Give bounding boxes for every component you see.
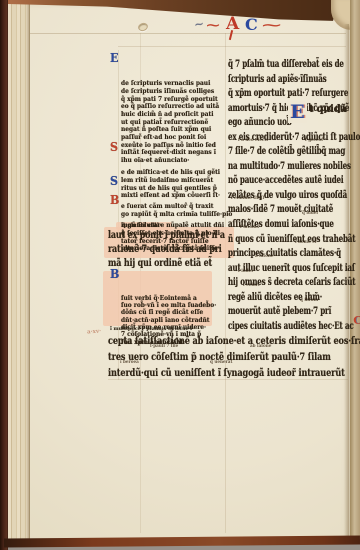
text-line: tres uero cõſeſtim p̃ noctẽ dimiſerũt pa… xyxy=(108,350,348,366)
text-line: 7 ſile·7 de colẽtib̃ gẽtilib̃q̃ mag xyxy=(228,144,349,159)
bottom-text-block: cepta ſatiſſactionẽ ab iaſone·et a ceter… xyxy=(108,334,348,381)
header-flourish-icon: ~ xyxy=(193,16,205,32)
text-after-initial: t quidã xyxy=(309,103,347,115)
text-line: q̃ xp̃m oportuit pati·7 reſurgere xyxy=(228,86,349,101)
header-flourish-icon: ~ xyxy=(205,18,221,32)
ruling-line-vertical xyxy=(225,33,226,533)
text-line: nõ pauce·accedẽtes autẽ iudei xyxy=(228,173,349,188)
gloss-footnote: ĩ multiplici·7 pſalmis·et ioſue·ſ· xyxy=(110,326,194,332)
text-line: mã hij qui ordinẽ etiã et̃ xyxy=(108,257,239,271)
header-flourish-icon: ~ xyxy=(260,18,283,32)
initial-letter: C xyxy=(353,314,360,327)
decorated-initial-e: E xyxy=(288,101,307,123)
text-line: malos·ſidẽ 7 mouẽt ciuitatẽ xyxy=(228,202,349,217)
binding-edge-left xyxy=(0,0,8,550)
text-line: laut ex ponit ĩ pſalmĩ·et ñ a xyxy=(108,229,239,243)
gloss-initial: S xyxy=(110,178,118,186)
highlighted-text-block: laut ex ponit ĩ pſalmĩ·et ñ arationẽ·7 q… xyxy=(108,229,239,270)
manuscript-photo: ~ ~ A C ~ E de ſcripturis vernaclis paui… xyxy=(0,0,360,550)
decorated-initial-co: Co xyxy=(331,290,360,347)
page-edges-left xyxy=(8,0,30,543)
text-line: q̃ 7 pſalm̃ tua diſſerebat̃ eis de xyxy=(228,57,349,72)
text-line: ñ quos cũ ĩueniſſent eos trahebãt xyxy=(228,232,349,247)
gloss-initial: B xyxy=(110,197,119,205)
margin-note: a·xv· xyxy=(87,329,101,336)
text-line: principes ciuitatis clamãtes·q̃ xyxy=(228,246,349,261)
text-line: hij omnes s̃ decreta ceſaris ſaciũt xyxy=(228,275,349,290)
running-title-letter-c: C xyxy=(245,15,258,34)
gloss-initial: B xyxy=(110,271,119,278)
text-line: na multitudo·7 mulieres nobiles xyxy=(228,159,349,174)
ruling-line-horizontal xyxy=(118,46,346,47)
running-title-letter-a: A xyxy=(226,14,239,34)
binding-edge-bottom xyxy=(4,535,360,547)
text-line: interdũ·qui cũ ueniſſent ĩ ſynagogã iude… xyxy=(108,366,348,382)
text-line: ſcripturis ad apiẽs·ĩſinuãs xyxy=(228,72,349,87)
text-line: cepta ſatiſſactionẽ ab iaſone·et a ceter… xyxy=(108,334,348,350)
ruling-line-horizontal xyxy=(30,33,346,34)
text-line: aſſiſtẽtes domui iaſonis·que xyxy=(228,217,349,232)
text-line: rationẽ·7 quoſdã ſr̃s ad pri xyxy=(108,243,239,257)
gloss-initial: S xyxy=(110,144,118,152)
gloss-initial: E xyxy=(110,55,118,63)
text-line: zelãtes q̃ de vulgo uiros quoſdã xyxy=(228,188,349,203)
text-line: aut illuc uenerĩt quos ſuſcepit iaſ xyxy=(228,261,349,276)
initial-letter: E xyxy=(290,101,304,123)
text-line: ex eis crediderũt·7 adiũcti ſt paulo xyxy=(228,130,349,145)
